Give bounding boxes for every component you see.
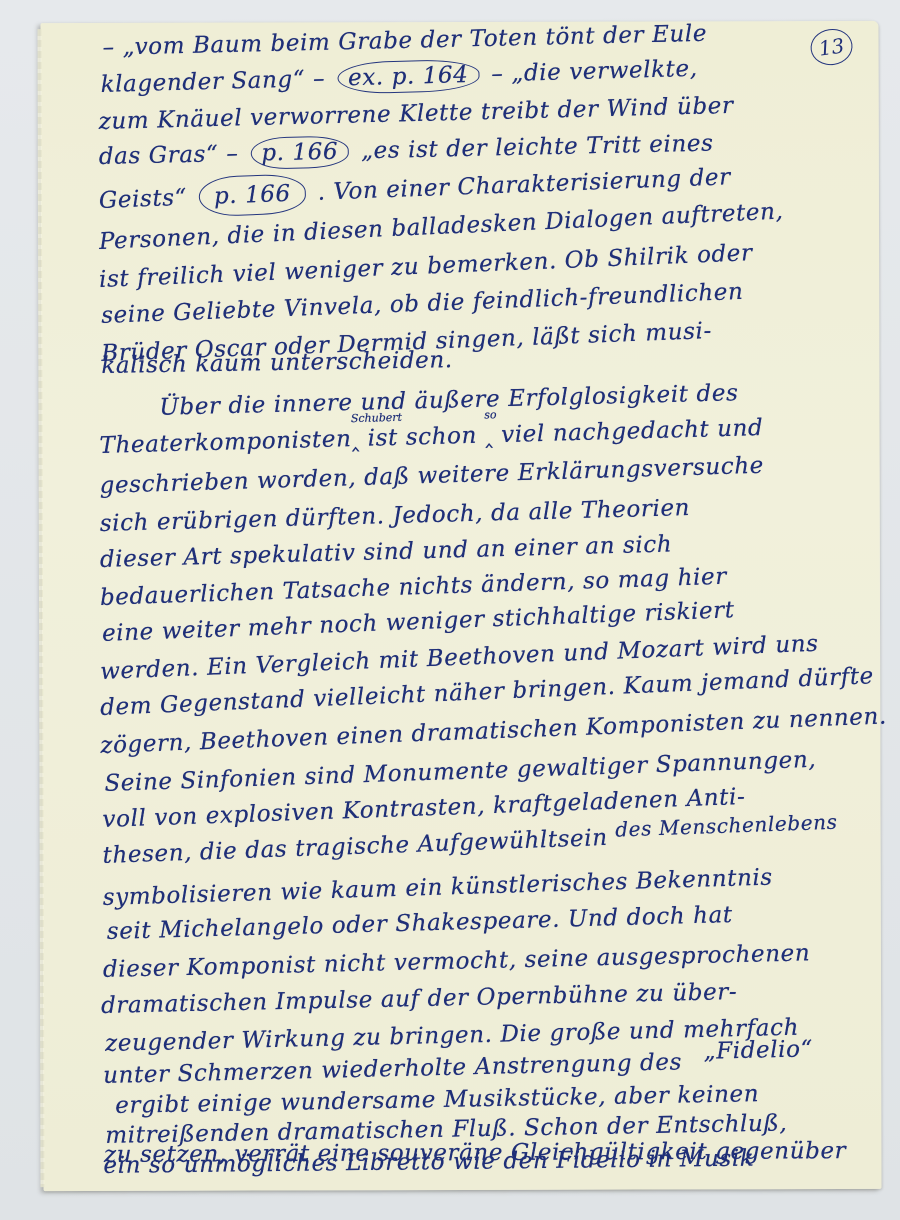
- circled-reference: p. 166: [198, 173, 306, 217]
- text-line-27: dramatischen Impulse auf der Opernbühne …: [101, 979, 738, 1019]
- text-line-25: seit Michelangelo oder Shakespeare. Und …: [107, 902, 734, 945]
- scan-background: 13 – „vom Baum beim Grabe der Toten tönt…: [0, 0, 900, 1220]
- text-fragment: viel nachgedacht und: [493, 415, 764, 448]
- text-line-15: dieser Art spekulativ sind und an einer …: [100, 531, 673, 572]
- text-fragment: Theaterkomponisten: [99, 426, 352, 459]
- inserted-word: Schubert: [351, 411, 402, 425]
- text-line-12: TheaterkomponistenSchubert‸ ist schon so…: [99, 415, 763, 459]
- text-line-33: zu setzen, verrät eine souveräne Gleichg…: [104, 1138, 846, 1168]
- manuscript-page: 13 – „vom Baum beim Grabe der Toten tönt…: [40, 21, 881, 1191]
- raised-insertion: „Fidelio“: [703, 1036, 813, 1065]
- text-fragment: ist schon: [359, 423, 485, 452]
- text-fragment: unter Schmerzen wiederholte Anstrengung …: [103, 1049, 682, 1089]
- insertion-mark: so‸: [485, 422, 494, 448]
- text-fragment: klagender Sang“ –: [100, 66, 325, 98]
- circled-reference: ex. p. 164: [337, 59, 480, 95]
- text-line-2: klagender Sang“ – ex. p. 164 – „die verw…: [100, 53, 698, 101]
- raised-insertion: des Menschenlebens: [615, 810, 838, 842]
- text-line-26: dieser Komponist nicht vermocht, seine a…: [103, 940, 811, 983]
- text-line-14: sich erübrigen dürften. Jedoch, da alle …: [99, 495, 690, 537]
- text-fragment: Geists“: [98, 185, 187, 214]
- text-line-10: kalisch kaum unterscheiden.: [101, 347, 453, 379]
- text-line-13: geschrieben worden, daß weitere Erklärun…: [99, 453, 764, 499]
- page-number: 13: [808, 26, 855, 68]
- text-line-11: Über die innere und äußere Erfolglosigke…: [159, 380, 739, 421]
- text-fragment: . Von einer Charakterisierung der: [317, 164, 731, 205]
- text-fragment: das Gras“ –: [99, 141, 239, 170]
- inserted-word: so: [484, 408, 497, 421]
- text-fragment: – „die verwelkte,: [491, 56, 698, 88]
- text-fragment: thesen, die das tragische Aufgewühltsein: [102, 825, 608, 869]
- insertion-mark: Schubert‸: [351, 426, 360, 452]
- circled-reference: p. 166: [250, 135, 350, 169]
